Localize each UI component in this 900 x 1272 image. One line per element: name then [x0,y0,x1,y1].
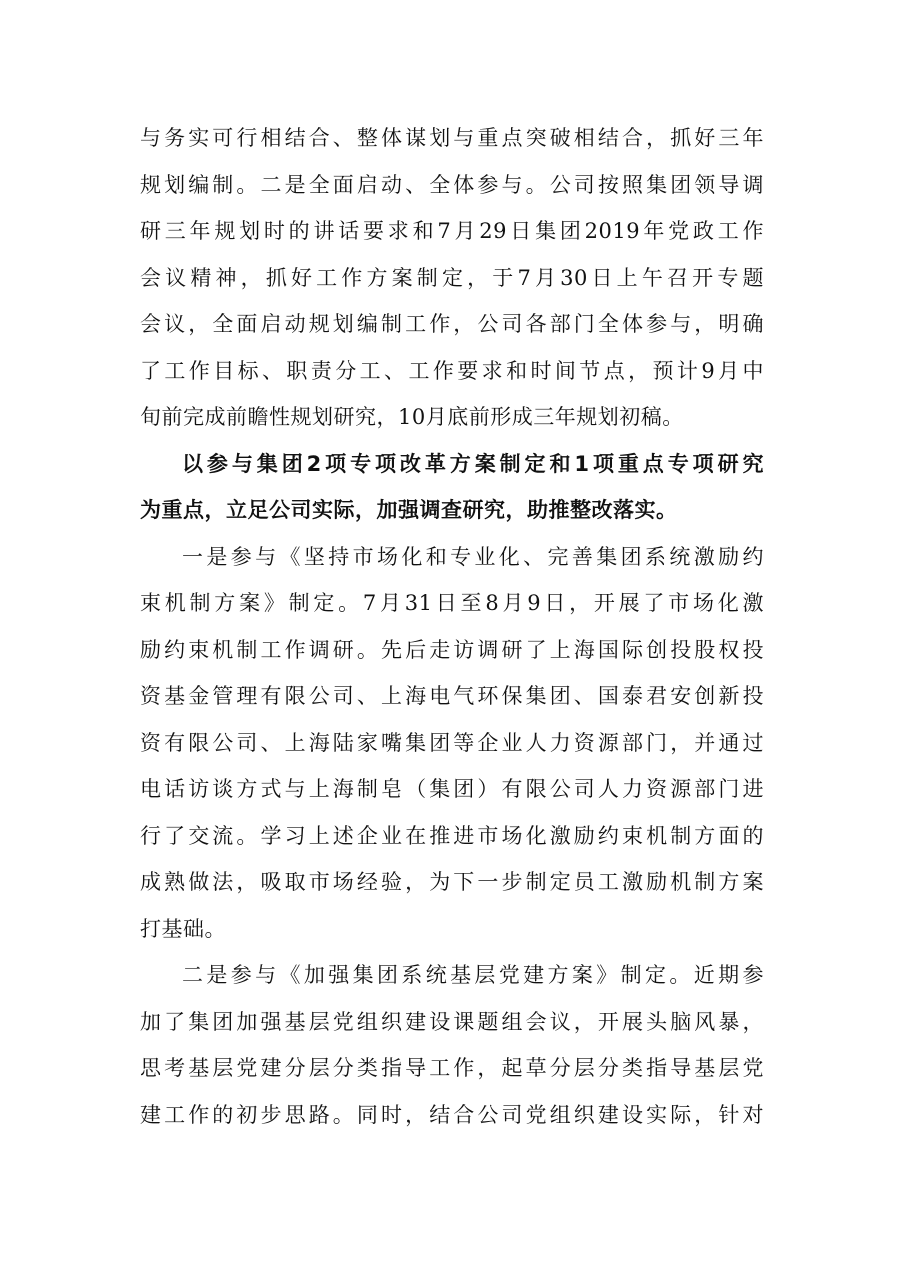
document-page: 与务实可行相结合、整体谋划与重点突破相结合，抓好三年 规划编制。二是全面启动、全… [0,0,900,1272]
text-line: 了工作目标、职责分工、工作要求和时间节点，预计9月中 [140,348,764,395]
text-line: 会议精神，抓好工作方案制定，于7月30日上午召开专题 [140,255,764,302]
text-line: 成熟做法，吸取市场经验，为下一步制定员工激励机制方案 [140,859,764,906]
text-line: 资有限公司、上海陆家嘴集团等企业人力资源部门，并通过 [140,720,764,767]
text-line: 与务实可行相结合、整体谋划与重点突破相结合，抓好三年 [140,115,764,162]
document-body: 与务实可行相结合、整体谋划与重点突破相结合，抓好三年 规划编制。二是全面启动、全… [140,115,764,1138]
heading-line: 为重点，立足公司实际，加强调查研究，助推整改落实。 [140,487,764,534]
text-line: 束机制方案》制定。7月31日至8月9日，开展了市场化激 [140,580,764,627]
paragraph-three-year-plan: 与务实可行相结合、整体谋划与重点突破相结合，抓好三年 规划编制。二是全面启动、全… [140,115,764,441]
heading-line: 以参与集团2项专项改革方案制定和1项重点专项研究 [140,441,764,488]
text-line: 打基础。 [140,906,764,953]
text-line: 电话访谈方式与上海制皂（集团）有限公司人力资源部门进 [140,766,764,813]
text-line: 加了集团加强基层党组织建设课题组会议，开展头脑风暴， [140,999,764,1046]
text-line: 研三年规划时的讲话要求和7月29日集团2019年党政工作 [140,208,764,255]
paragraph-party-building: 二是参与《加强集团系统基层党建方案》制定。近期参 加了集团加强基层党组织建设课题… [140,952,764,1138]
text-line: 二是参与《加强集团系统基层党建方案》制定。近期参 [140,952,764,999]
text-line: 资基金管理有限公司、上海电气环保集团、国泰君安创新投 [140,673,764,720]
text-line: 建工作的初步思路。同时，结合公司党组织建设实际，针对 [140,1092,764,1139]
text-line: 行了交流。学习上述企业在推进市场化激励约束机制方面的 [140,813,764,860]
text-line: 规划编制。二是全面启动、全体参与。公司按照集团领导调 [140,162,764,209]
text-line: 旬前完成前瞻性规划研究，10月底前形成三年规划初稿。 [140,394,764,441]
text-line: 会议，全面启动规划编制工作，公司各部门全体参与，明确 [140,301,764,348]
text-line: 思考基层党建分层分类指导工作，起草分层分类指导基层党 [140,1045,764,1092]
text-line: 一是参与《坚持市场化和专业化、完善集团系统激励约 [140,534,764,581]
text-line: 励约束机制工作调研。先后走访调研了上海国际创投股权投 [140,627,764,674]
paragraph-incentive-mechanism: 一是参与《坚持市场化和专业化、完善集团系统激励约 束机制方案》制定。7月31日至… [140,534,764,953]
section-heading-reform-research: 以参与集团2项专项改革方案制定和1项重点专项研究 为重点，立足公司实际，加强调查… [140,441,764,534]
